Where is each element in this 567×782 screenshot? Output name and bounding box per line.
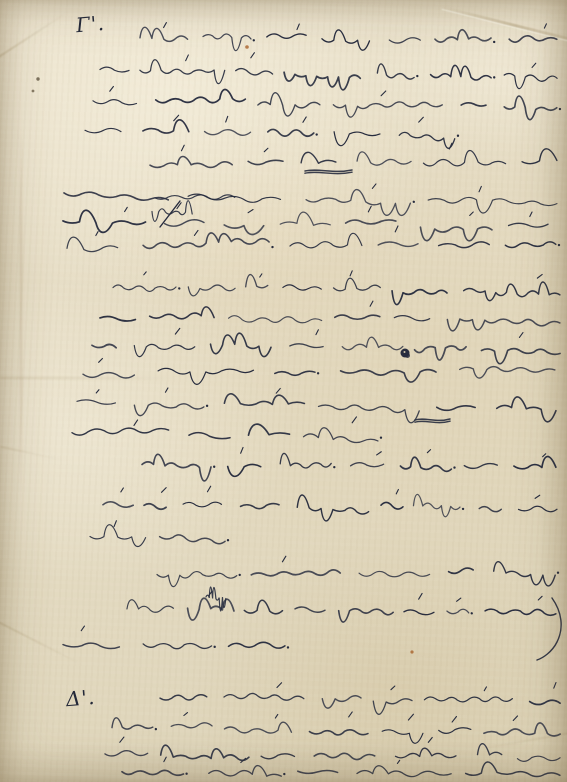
handwritten-word <box>187 598 234 621</box>
handwritten-word <box>359 571 430 577</box>
handwriting-line: λογη όμως μες τα διαφη τα ί. διαφορά <box>127 589 556 625</box>
handwritten-word <box>509 36 557 43</box>
period-dot <box>559 108 561 110</box>
accent-mark <box>377 452 382 455</box>
handwritten-word <box>203 34 251 51</box>
handwritten-word <box>334 132 380 146</box>
accent-mark <box>181 145 184 151</box>
handwritten-word <box>485 609 556 616</box>
handwriting-line: Πειραμ. αυτη ο τας Ντον μερεβ τεθησόμεθα <box>113 268 560 307</box>
period-dot <box>213 646 215 648</box>
handwritten-word <box>210 333 271 357</box>
handwritten-word <box>439 727 471 733</box>
period-dot <box>253 39 255 41</box>
handwritten-word <box>478 744 502 755</box>
handwritten-word <box>224 225 264 235</box>
strikethrough-correction <box>305 172 352 173</box>
handwritten-word <box>290 233 362 248</box>
handwritten-word <box>158 368 253 385</box>
handwritten-word <box>72 428 169 436</box>
period-dot <box>416 75 418 77</box>
handwritten-word <box>504 73 557 89</box>
accent-mark <box>96 390 99 393</box>
handwritten-word <box>284 72 361 90</box>
handwritten-word <box>150 306 215 319</box>
accent-mark <box>125 207 128 211</box>
handwritten-word <box>479 507 501 512</box>
handwritten-word <box>142 454 211 481</box>
handwritten-word <box>381 502 403 509</box>
accent-mark <box>241 447 243 453</box>
handwritten-word <box>437 406 475 411</box>
period-dot <box>206 405 208 407</box>
handwritten-word <box>83 372 134 378</box>
period-dot <box>493 76 495 78</box>
handwritten-word <box>63 643 119 649</box>
handwritten-word <box>248 424 289 435</box>
accent-mark <box>194 230 198 235</box>
period-dot <box>155 728 157 730</box>
accent-mark <box>114 521 116 527</box>
handwritten-word <box>484 722 560 736</box>
accent-mark <box>554 683 556 689</box>
handwritten-word <box>156 89 246 104</box>
period-dot <box>457 135 459 137</box>
handwritten-word <box>395 748 456 758</box>
accent-mark <box>381 91 386 96</box>
caret-mark <box>160 201 180 227</box>
accent-mark <box>121 488 124 492</box>
accent-mark <box>396 489 398 493</box>
handwriting-line: για δευτ. ιστ. <box>63 626 289 650</box>
handwritten-word <box>93 99 137 105</box>
handwritten-word <box>85 128 121 133</box>
handwritten-word <box>423 150 505 166</box>
accent-mark <box>99 358 103 362</box>
handwritten-word <box>280 212 330 226</box>
accent-mark <box>164 23 167 28</box>
accent-mark <box>184 713 188 716</box>
handwritten-word <box>333 101 442 118</box>
handwritten-word <box>497 397 556 422</box>
handwritten-word <box>100 316 135 321</box>
accent-mark <box>372 184 376 189</box>
handwritten-word <box>342 337 403 351</box>
handwritten-word <box>140 60 225 84</box>
ink-blot <box>405 353 410 358</box>
handwritten-word <box>309 729 368 735</box>
handwriting-line: της θεραπόντης. Αγιου δε μες Κυρ. <box>67 225 560 252</box>
accent-mark <box>134 420 138 426</box>
accent-mark <box>370 301 373 306</box>
ink-blot-highlight <box>404 351 406 353</box>
accent-mark <box>428 737 432 742</box>
accent-mark <box>251 53 255 58</box>
handwritten-word <box>171 722 212 728</box>
handwritten-word <box>301 152 336 163</box>
handwriting-line: Ειδικώς γή τα Χαρα Αμερική τα <box>150 141 557 169</box>
handwritten-word <box>112 718 153 730</box>
handwritten-word <box>460 366 555 378</box>
period-dot <box>283 773 285 775</box>
handwritten-word <box>63 210 146 233</box>
paper-speck <box>245 45 249 49</box>
accent-mark <box>175 328 179 334</box>
handwriting-line: μες οπωσδηπ μα. Υπάρχει συνήθως, <box>83 356 555 385</box>
period-dot <box>213 466 215 468</box>
handwritten-word <box>188 285 235 297</box>
period-dot <box>462 508 464 510</box>
accent-mark <box>144 272 146 275</box>
handwritten-word <box>267 34 306 39</box>
period-dot <box>333 466 335 468</box>
accent-mark <box>207 486 210 492</box>
handwritten-word <box>183 502 221 507</box>
handwritten-word <box>248 160 283 164</box>
handwritten-word <box>189 433 230 439</box>
handwritten-word <box>346 219 396 224</box>
handwritten-word <box>339 609 394 623</box>
handwritten-word <box>160 535 226 544</box>
handwritten-word <box>382 730 423 744</box>
handwritten-word <box>449 568 474 573</box>
handwriting-ink-layer: πολύ σπερ. τας οίδα εξ οπτασ. μετάτη διο… <box>0 0 567 782</box>
accent-mark <box>544 24 546 28</box>
handwritten-word <box>447 609 469 614</box>
accent-mark <box>395 226 398 232</box>
accent-mark <box>303 117 306 122</box>
handwritten-word <box>318 405 419 423</box>
handwritten-word <box>224 394 304 406</box>
handwritten-word <box>157 571 237 586</box>
period-dot <box>493 41 495 43</box>
handwritten-word <box>439 242 490 248</box>
handwritten-word <box>335 315 380 320</box>
accent-mark <box>277 683 282 688</box>
accent-mark <box>110 86 114 91</box>
period-dot <box>287 646 289 648</box>
handwritten-word <box>143 643 212 649</box>
handwritten-word <box>514 456 556 469</box>
accent-mark <box>530 212 532 217</box>
handwritten-word <box>283 285 321 291</box>
handwriting-line: μονάδα εν τω Ναώ εγώ μέσος τω <box>63 201 548 242</box>
accent-mark <box>226 116 228 122</box>
handwritten-word <box>251 570 340 576</box>
accent-mark <box>479 186 481 191</box>
handwritten-word <box>351 463 384 467</box>
handwritten-word <box>306 188 411 215</box>
handwritten-word <box>420 226 492 241</box>
handwritten-word <box>430 65 491 80</box>
period-dot <box>185 773 187 775</box>
handwritten-word <box>373 699 412 715</box>
period-dot <box>317 372 319 374</box>
handwritten-word <box>122 770 184 775</box>
handwritten-word <box>268 129 314 136</box>
handwritten-word <box>392 289 447 305</box>
handwritten-word <box>261 754 294 759</box>
handwritten-word <box>275 371 315 375</box>
handwritten-word <box>378 242 418 247</box>
handwritten-word <box>290 344 323 348</box>
handwritten-word <box>303 428 378 443</box>
period-dot <box>557 571 559 573</box>
handwritten-word <box>394 316 429 321</box>
handwritten-word <box>517 756 560 762</box>
handwritten-word <box>322 30 370 50</box>
handwritten-word <box>143 120 189 134</box>
handwritten-word <box>150 156 232 168</box>
handwriting-line: ωχουψαω εδ εν Βασιλ. <box>72 415 382 443</box>
accent-mark <box>164 757 166 762</box>
handwritten-word <box>224 693 304 700</box>
handwritten-word <box>505 242 555 248</box>
period-dot <box>453 466 455 468</box>
period-dot <box>558 244 560 246</box>
period-dot <box>227 539 229 541</box>
accent-mark <box>120 737 124 742</box>
accent-mark <box>484 687 486 691</box>
handwriting-line: Δευτερ. ες παιδ. θα αγαθ. τα Θεω <box>142 447 556 482</box>
handwritten-word <box>280 453 331 468</box>
period-dot <box>271 246 273 248</box>
handwritten-word <box>160 695 207 701</box>
handwritten-word <box>228 642 284 648</box>
handwritten-word <box>92 344 116 348</box>
handwritten-word <box>447 319 560 332</box>
handwriting-line: μεγα ευλαβ. <box>90 521 229 547</box>
manuscript-page: Γ'. Δ'. πολύ σπερ. τας οίδα εξ οπτασ. με… <box>0 0 567 782</box>
handwriting-line: Σημειωτ. φαινομεν αποκτά η ασφαλ. <box>157 554 559 588</box>
accent-mark <box>186 55 189 61</box>
handwritten-word <box>161 745 249 760</box>
handwriting-line: οι Ήλιοι ανεσσαντ δια τω αδιμοδαρεβ <box>100 299 560 332</box>
handwritten-word <box>464 464 497 469</box>
paper-speck <box>32 90 35 93</box>
paper-speck <box>36 77 39 80</box>
handwritten-word <box>144 504 166 510</box>
handwritten-word <box>404 610 434 615</box>
accent-mark <box>297 24 299 30</box>
handwritten-word <box>64 192 169 201</box>
handwritten-word <box>134 344 195 357</box>
accent-mark <box>427 450 430 453</box>
accent-mark <box>452 716 456 722</box>
handwritten-word <box>297 495 369 522</box>
accent-mark <box>81 626 84 631</box>
handwriting-line: τω ταύτα. ασυχως αντζηθως εξ τόδε <box>77 386 556 424</box>
accent-mark <box>248 209 253 212</box>
handwritten-word <box>466 762 560 777</box>
handwriting-line: Ύσο. Στη Πλευρά δ'άρχη δια τω αφορεσθ <box>112 709 561 746</box>
accent-mark <box>543 454 546 457</box>
handwritten-word <box>209 765 282 776</box>
accent-mark <box>352 417 356 423</box>
handwriting-line: Χαμνιας αγυιάς Οκλάδες. Μεταφορές <box>64 177 558 218</box>
handwritten-word <box>428 197 557 215</box>
accent-mark <box>282 556 286 562</box>
accent-mark <box>538 596 542 600</box>
accent-mark <box>275 714 277 718</box>
strikethrough-correction <box>415 421 450 422</box>
handwritten-word <box>205 130 251 136</box>
accent-mark <box>162 488 167 493</box>
accent-mark <box>513 716 517 721</box>
handwritten-word <box>140 27 188 41</box>
handwritten-word <box>258 92 320 116</box>
handwritten-word <box>322 696 361 709</box>
handwritten-word <box>357 766 451 777</box>
handwritten-word <box>100 67 129 72</box>
handwritten-word <box>295 607 325 612</box>
handwriting-line: ως η Γεν στη Χρίσεως η ψυχο. η ίδε <box>103 485 557 524</box>
period-dot <box>471 612 473 614</box>
handwritten-word <box>236 69 273 76</box>
handwritten-word <box>522 149 557 164</box>
accent-mark <box>519 333 523 338</box>
strikethrough-correction <box>415 419 450 420</box>
handwriting-line: μες προσφορά τη αλλης εξαετ 3 ετη <box>105 735 560 762</box>
accent-mark <box>96 232 98 236</box>
handwritten-word <box>461 103 486 106</box>
handwritten-word <box>400 457 451 471</box>
handwriting-line: πολύ σπερ. τας οίδα εξ οπτασ. μετά <box>140 21 557 53</box>
handwriting-line: Μετά ασκήσεων μες τας πρακτικας τω <box>160 681 560 716</box>
handwritten-word <box>228 464 261 476</box>
handwritten-word <box>357 151 411 165</box>
accent-mark <box>276 388 280 393</box>
handwritten-word <box>77 400 115 405</box>
handwritten-word <box>241 503 279 509</box>
period-dot <box>380 436 382 438</box>
accent-mark <box>532 63 536 67</box>
accent-mark <box>349 712 353 717</box>
handwritten-word <box>509 223 548 227</box>
period-dot <box>315 133 317 135</box>
handwritten-word <box>481 348 560 364</box>
accent-mark <box>537 274 542 278</box>
handwritten-word <box>314 753 375 760</box>
period-dot <box>178 287 180 289</box>
handwritten-word <box>413 494 460 517</box>
accent-mark <box>397 760 399 763</box>
accent-mark <box>264 148 268 151</box>
descender-flourish <box>537 598 561 660</box>
accent-mark <box>260 274 262 277</box>
handwriting-line: και πρακτικά ταύτα ακολουθούν γ εκκλ. <box>93 86 562 120</box>
paper-speck <box>410 650 413 653</box>
accent-mark <box>316 330 318 335</box>
handwritten-word <box>414 346 466 361</box>
accent-mark <box>350 271 352 276</box>
handwriting-line: Σχολ. Κωνστ. τα Λιβανον παρεδωθ <box>122 757 560 777</box>
accent-mark <box>535 495 540 498</box>
accent-mark <box>457 598 461 601</box>
accent-mark <box>419 593 422 599</box>
handwriting-line: η εθνις δειγμ τω θειας αρχα, Βαλακος <box>92 327 560 364</box>
handwritten-word <box>377 64 414 79</box>
handwritten-word <box>67 237 118 252</box>
handwritten-word <box>494 561 556 586</box>
handwritten-word <box>341 370 436 383</box>
handwritten-word <box>435 30 491 43</box>
period-dot <box>413 201 415 203</box>
accent-mark <box>419 117 424 122</box>
strikethrough-correction <box>305 170 352 171</box>
handwritten-word <box>530 700 560 705</box>
accent-mark <box>408 714 413 720</box>
handwritten-word <box>105 751 148 757</box>
handwritten-word <box>389 38 420 44</box>
handwritten-word <box>134 403 204 416</box>
accent-mark <box>470 212 474 216</box>
handwritten-word <box>224 721 291 733</box>
handwritten-word <box>244 600 282 614</box>
handwritten-word <box>229 316 322 323</box>
handwriting-line: αν ότι ταν αντ. των Βδ'ας. <box>85 114 459 148</box>
handwriting-line: τη διοίκησιν της Αμερικής Πολ. Εκκλησ. α… <box>100 50 558 94</box>
period-dot <box>239 574 241 576</box>
handwritten-word <box>333 278 380 291</box>
handwritten-word <box>399 132 455 148</box>
accent-mark <box>391 686 395 690</box>
handwritten-word <box>103 502 133 508</box>
handwritten-word <box>504 96 557 120</box>
handwritten-word <box>519 506 557 512</box>
handwritten-word <box>424 697 512 703</box>
handwritten-word <box>113 285 176 292</box>
handwritten-word <box>90 525 146 547</box>
handwritten-word <box>298 770 338 773</box>
handwritten-word <box>165 219 204 226</box>
accent-mark <box>368 206 371 212</box>
handwritten-word <box>246 274 268 287</box>
handwritten-word <box>127 600 174 613</box>
handwritten-word <box>464 281 561 302</box>
accent-mark <box>165 388 168 392</box>
